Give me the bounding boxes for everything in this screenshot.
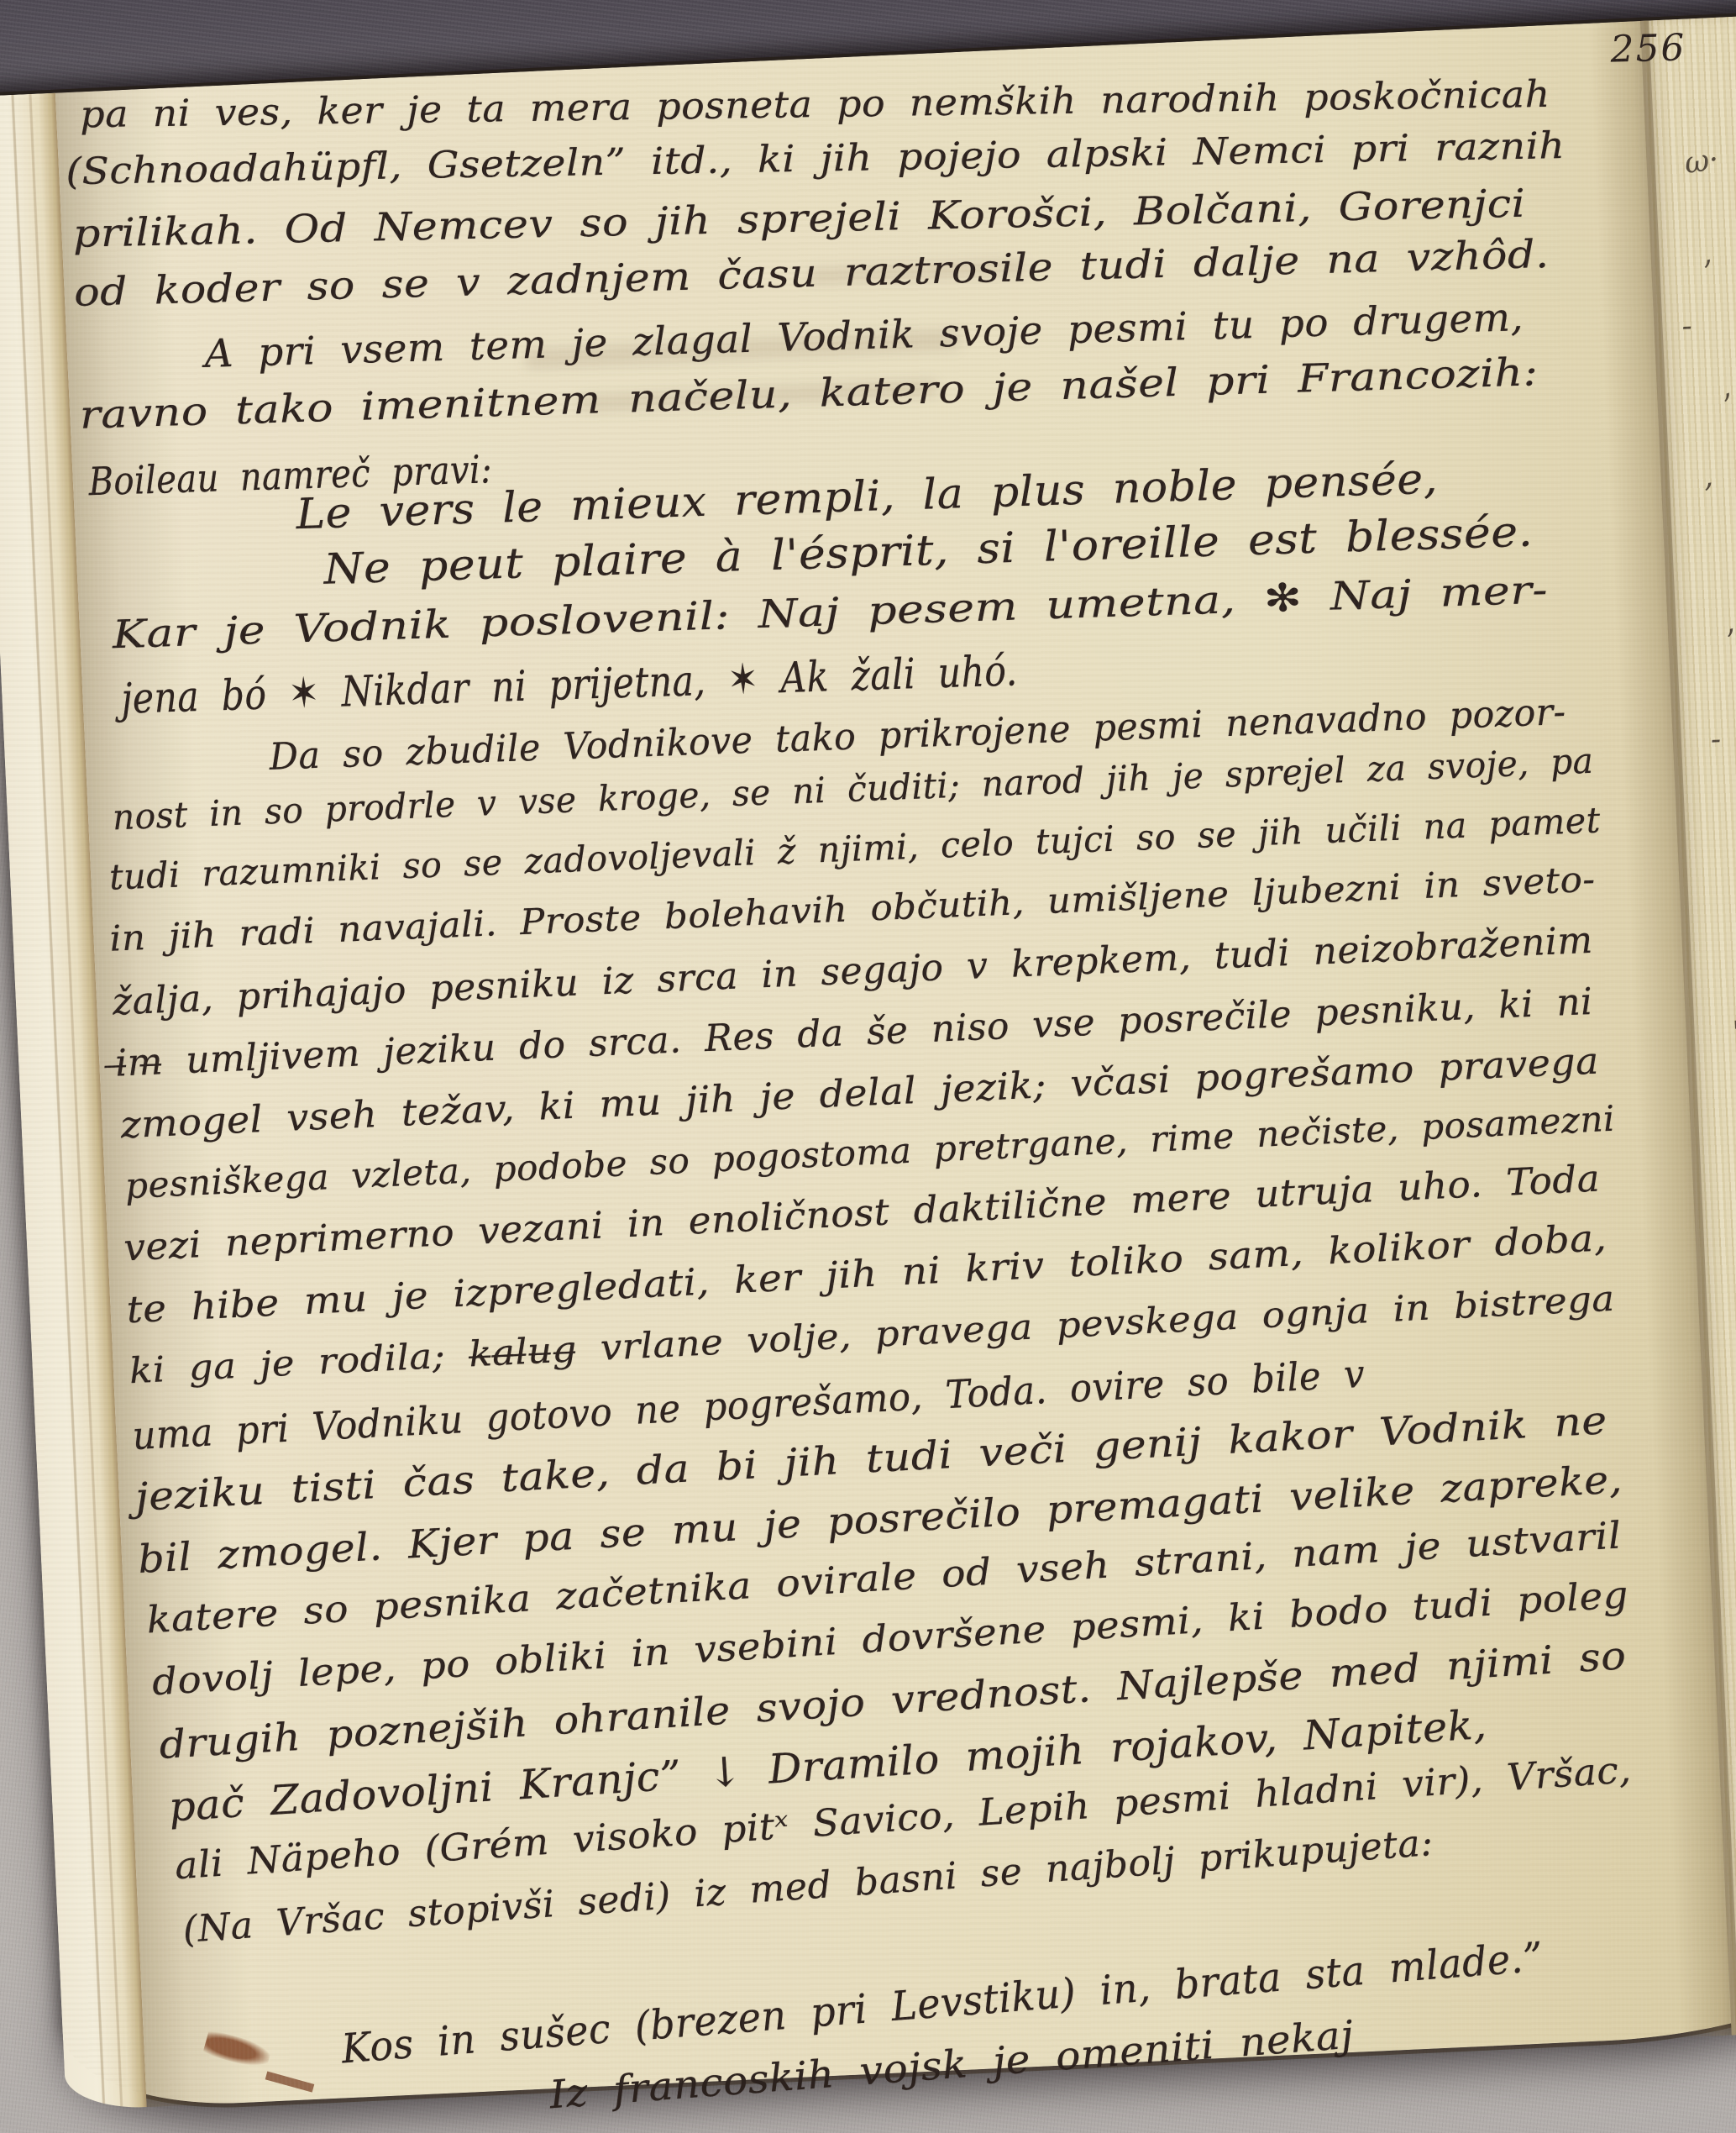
open-book-page: 256 pa ni ves, ker je ta mera posneta po…: [0, 14, 1736, 2111]
edge-ink-mark: ω·: [1682, 142, 1721, 181]
handwritten-text: pa ni ves, ker je ta mera posneta po nem…: [0, 14, 1736, 2111]
edge-ink-mark: ': [1732, 1016, 1736, 1050]
edge-ink-mark: -: [1681, 309, 1693, 344]
edge-ink-mark: -: [1710, 722, 1722, 757]
photograph-of-manuscript: 256 pa ni ves, ker je ta mera posneta po…: [0, 0, 1736, 2133]
handwritten-line: jena bó ✶ Nikdar ni prijetna, ✶ Ak žali …: [120, 647, 1018, 723]
handwritten-line: pa ni ves, ker je ta mera posneta po nem…: [80, 74, 1550, 137]
